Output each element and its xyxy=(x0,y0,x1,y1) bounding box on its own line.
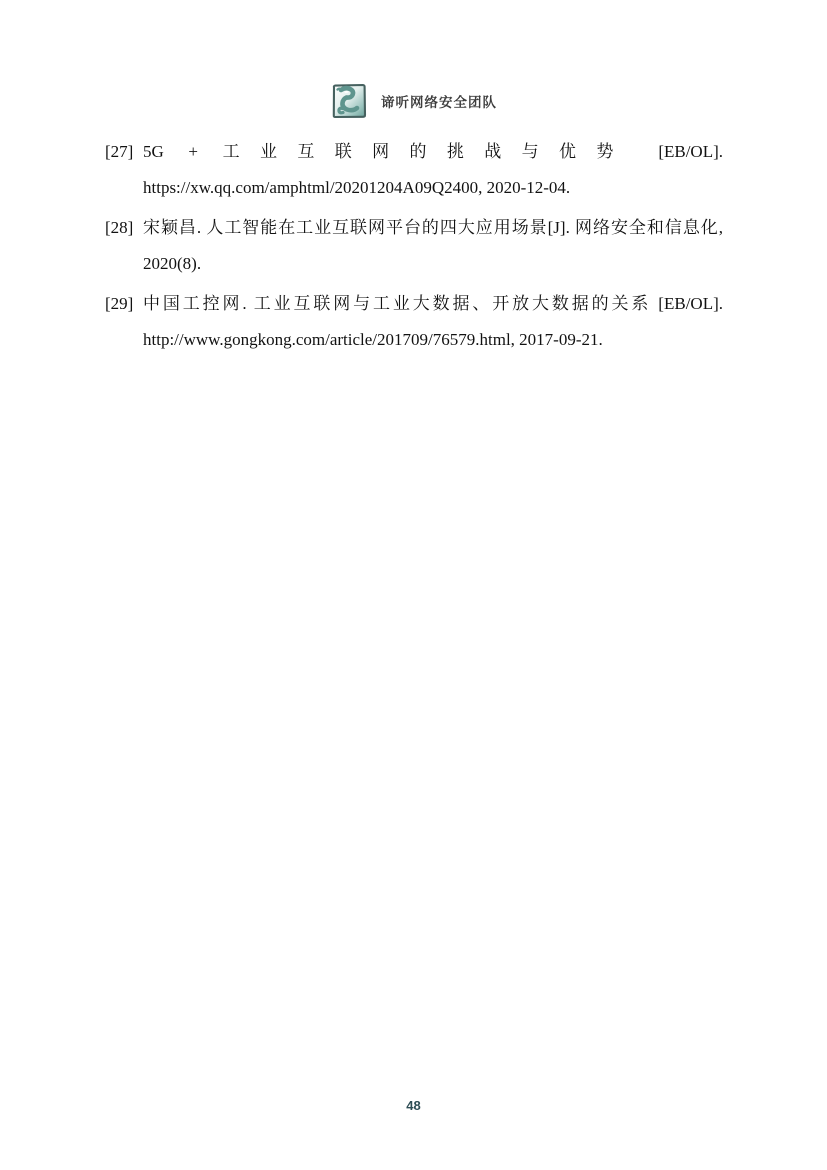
reference-title: 5G + 工业互联网的挑战与优势 [EB/OL]. xyxy=(143,134,723,170)
diting-seal-logo-icon xyxy=(330,82,368,120)
reference-label: [28] xyxy=(105,210,133,246)
page-number: 48 xyxy=(406,1098,420,1113)
references-list: [27] 5G + 工业互联网的挑战与优势 [EB/OL]. https://x… xyxy=(105,134,723,362)
reference-entry-27: [27] 5G + 工业互联网的挑战与优势 [EB/OL]. https://x… xyxy=(105,134,723,206)
page-footer: 48 xyxy=(0,1097,827,1115)
reference-title: 中国工控网. 工业互联网与工业大数据、开放大数据的关系 [EB/OL]. xyxy=(143,286,723,322)
reference-url: http://www.gongkong.com/article/201709/7… xyxy=(143,322,723,358)
reference-year: 2020(8). xyxy=(143,246,723,282)
team-name: 谛听网络安全团队 xyxy=(381,91,497,111)
header: 谛听网络安全团队 xyxy=(0,82,827,120)
reference-title: 宋颖昌. 人工智能在工业互联网平台的四大应用场景[J]. 网络安全和信息化, xyxy=(143,210,723,246)
document-page: 谛听网络安全团队 [27] 5G + 工业互联网的挑战与优势 [EB/OL]. … xyxy=(0,0,827,1170)
reference-label: [29] xyxy=(105,286,133,322)
reference-url: https://xw.qq.com/amphtml/20201204A09Q24… xyxy=(143,170,723,206)
reference-entry-29: [29] 中国工控网. 工业互联网与工业大数据、开放大数据的关系 [EB/OL]… xyxy=(105,286,723,358)
reference-entry-28: [28] 宋颖昌. 人工智能在工业互联网平台的四大应用场景[J]. 网络安全和信… xyxy=(105,210,723,282)
reference-label: [27] xyxy=(105,134,133,170)
